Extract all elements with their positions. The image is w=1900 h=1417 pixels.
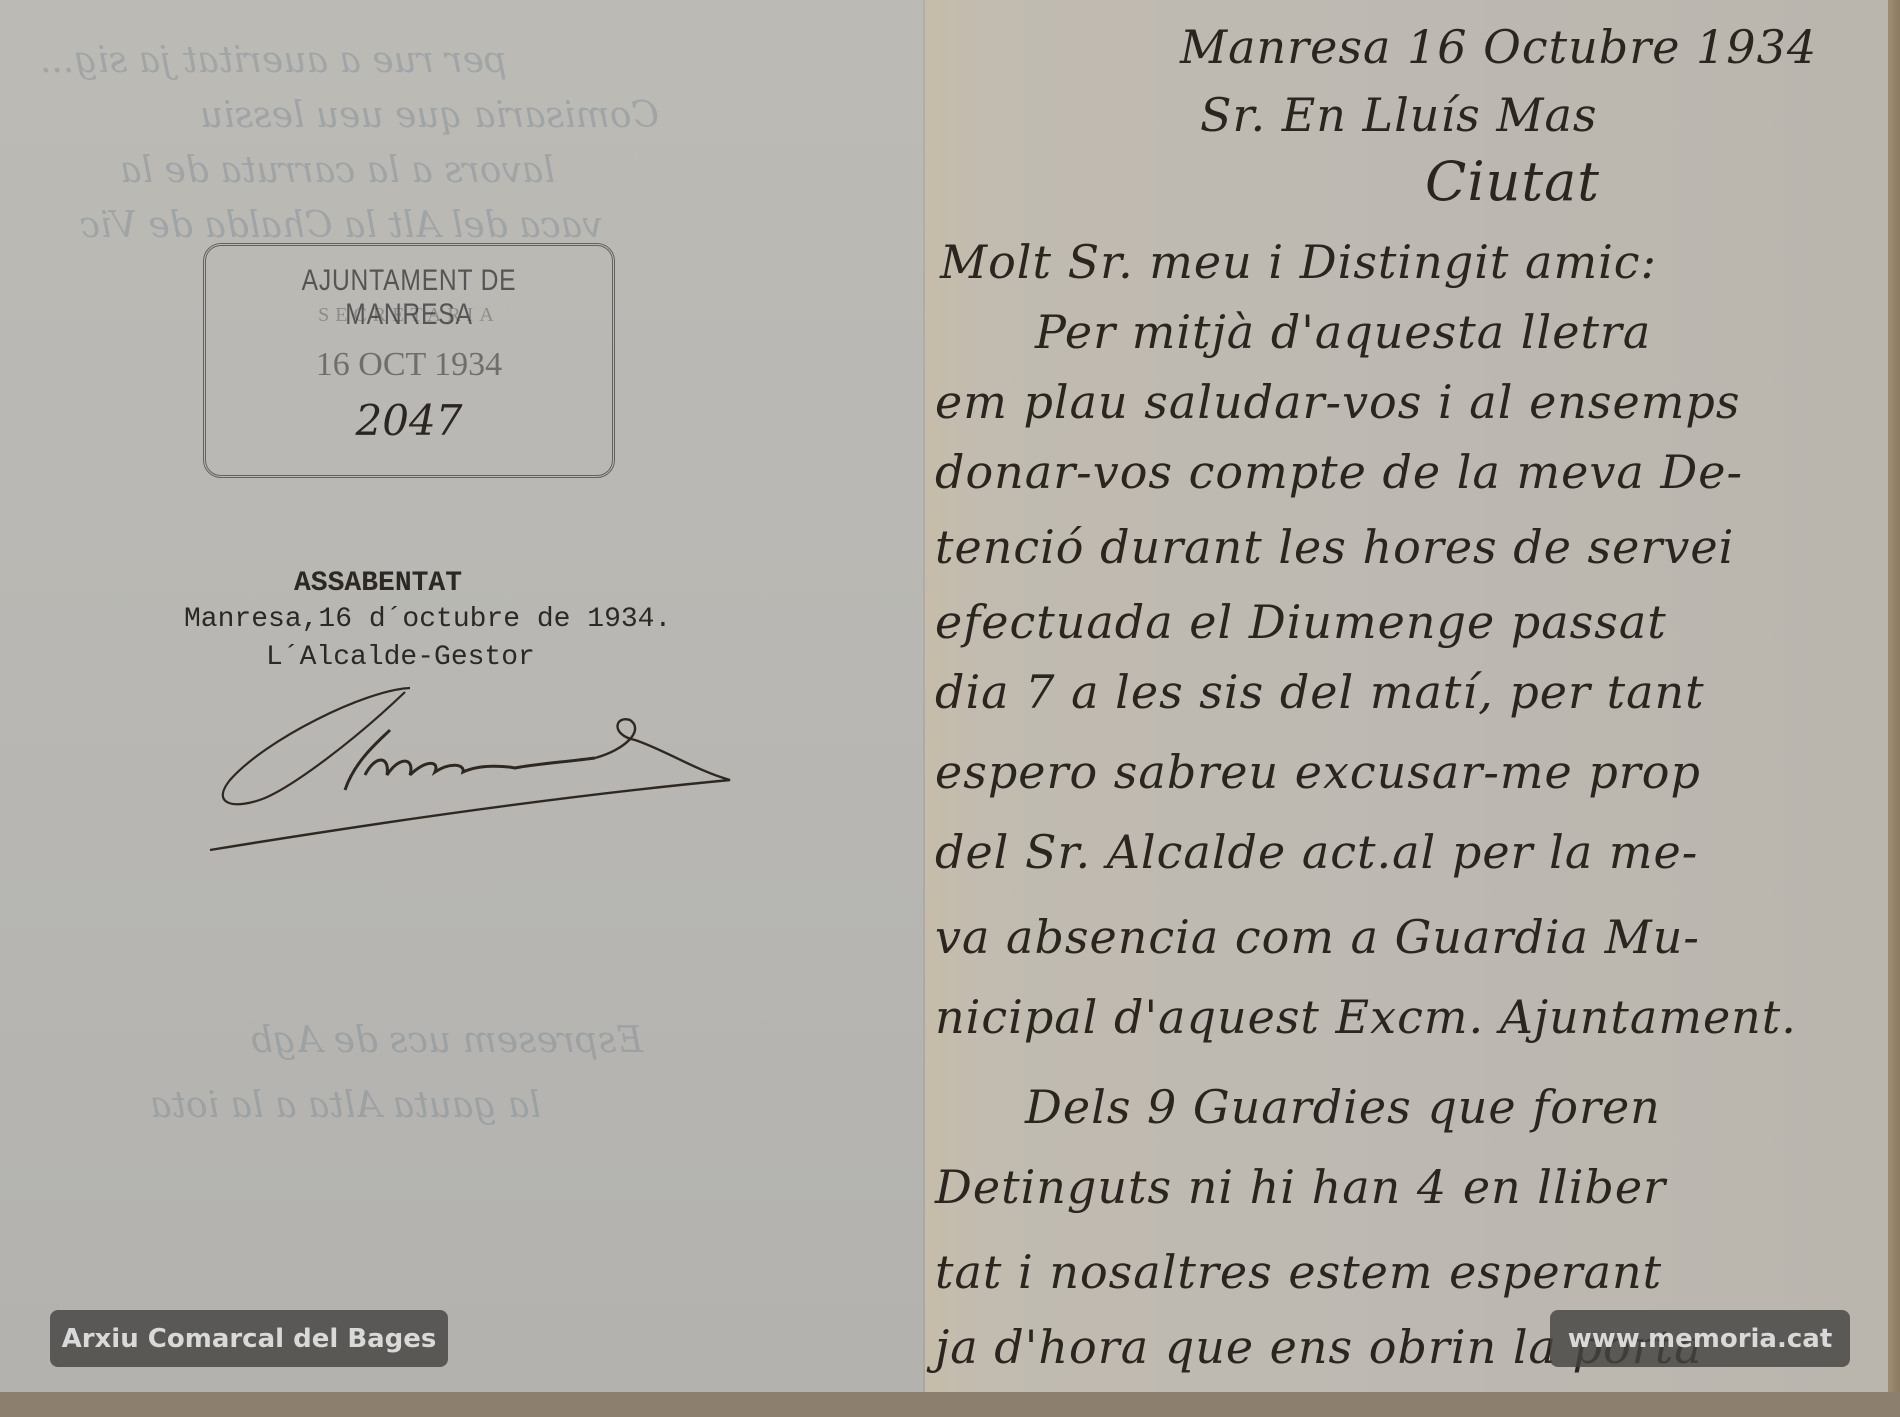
left-page: per rue a aueritat ja sig... Comisaria q… [0, 0, 925, 1392]
archive-watermark: Arxiu Comarcal del Bages [50, 1310, 448, 1367]
binding-edge [1888, 0, 1900, 1417]
letter-body-line: Per mitjà d'aquesta lletra [1035, 305, 1651, 359]
letter-body-line: Dels 9 Guardies que foren [1025, 1080, 1661, 1134]
right-page: Manresa 16 Octubre 1934 Sr. En Lluís Mas… [925, 0, 1888, 1400]
typed-place-date: Manresa,16 d´octubre de 1934. [184, 604, 671, 635]
letter-body-line: tat i nosaltres estem esperant [935, 1245, 1662, 1299]
bleed-through-text: Espresem ucs de Agb [250, 1020, 643, 1061]
letter-body-line: va absencia com a Guardia Mu- [935, 910, 1700, 964]
typed-heading: ASSABENTAT [294, 568, 462, 599]
letter-body-line: dia 7 a les sis del matí, per tant [935, 665, 1705, 719]
letter-body-line: del Sr. Alcalde act.al per la me- [935, 825, 1698, 879]
letter-body-line: donar-vos compte de la meva De- [935, 445, 1743, 499]
letter-dateline: Manresa 16 Octubre 1934 [1180, 20, 1817, 74]
bleed-through-text: per rue a aueritat ja sig... [40, 40, 507, 81]
bleed-through-text: Comisaria que ueu lessiu [200, 95, 659, 136]
website-watermark: www.memoria.cat [1550, 1310, 1850, 1367]
bleed-through-text: lavors a la carruta de la [120, 150, 555, 191]
stamp-registry-number: 2047 [206, 396, 612, 445]
letter-body-line: nicipal d'aquest Excm. Ajuntament. [935, 990, 1797, 1044]
typed-role: L´Alcalde-Gestor [266, 642, 535, 673]
letter-recipient: Sr. En Lluís Mas [1200, 88, 1597, 142]
letter-salutation: Molt Sr. meu i Distingit amic: [940, 235, 1657, 289]
letter-body-line: em plau saludar-vos i al ensemps [935, 375, 1740, 429]
letter-body-line: Detinguts ni hi han 4 en lliber [935, 1160, 1666, 1214]
letter-city: Ciutat [1425, 150, 1600, 213]
bleed-through-text: la gauta Alta a la iota [150, 1085, 541, 1126]
municipal-registry-stamp: AJUNTAMENT DE MANRESA SECRETARIA 16 OCT … [203, 243, 615, 478]
bleed-through-text: vaca del Alt la Chalda de Vic [80, 205, 603, 246]
letter-body-line: tenció durant les hores de servei [935, 520, 1734, 574]
page-bottom-shadow [0, 1392, 1900, 1417]
letter-body-line: espero sabreu excusar-me prop [935, 745, 1701, 799]
stamp-subtitle: SECRETARIA [206, 304, 612, 327]
stamp-date: 16 OCT 1934 [206, 346, 612, 384]
mayor-signature-icon [205, 680, 785, 860]
letter-body-line: efectuada el Diumenge passat [935, 595, 1667, 649]
